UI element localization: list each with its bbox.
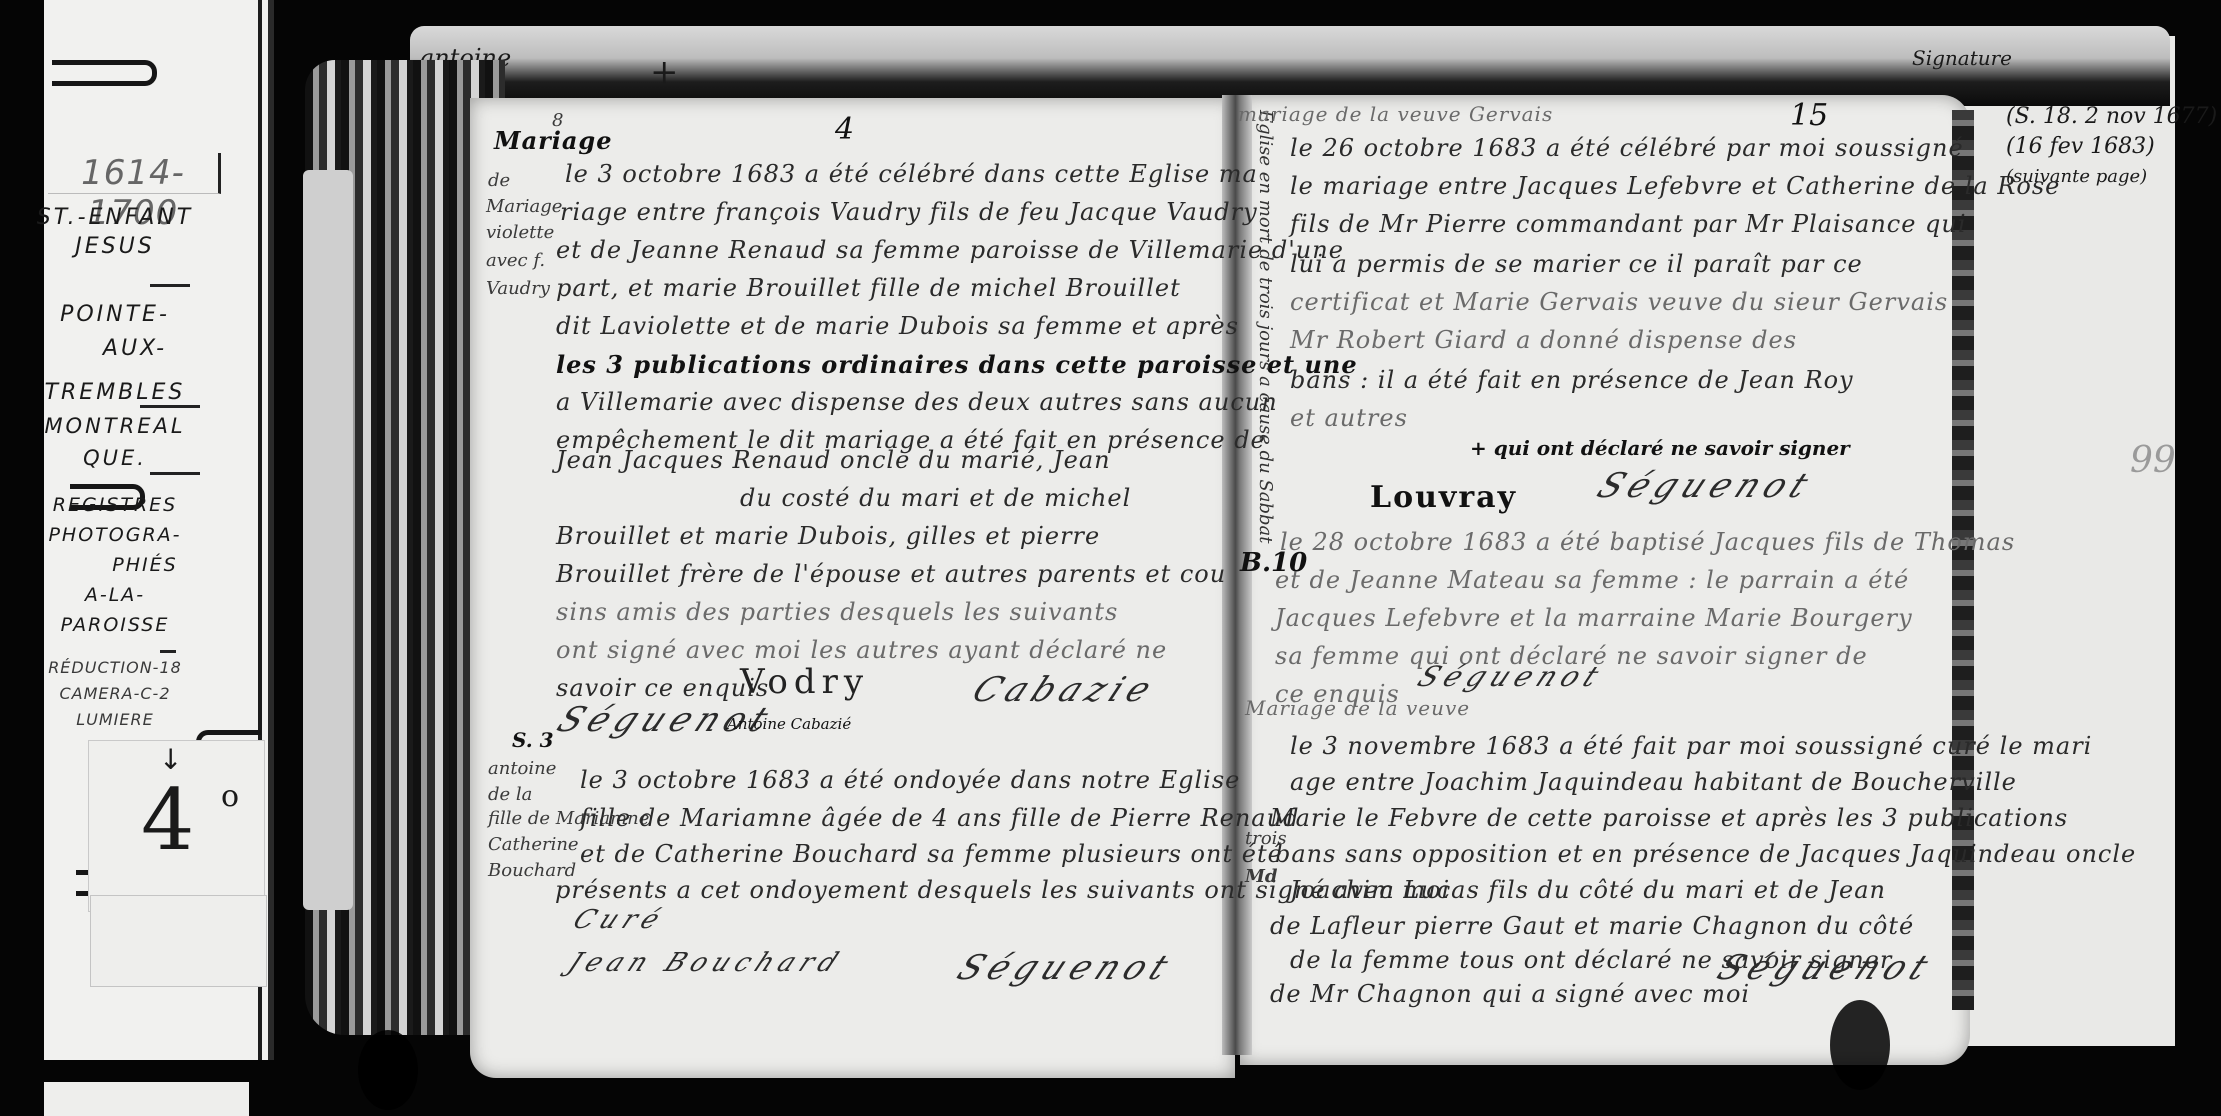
record-line: de Lafleur pierre Gaut et marie Chagnon … xyxy=(1270,912,1914,940)
record-line: Jean Jacques Renaud oncle du marié, Jean xyxy=(556,446,1111,474)
record-line: et de Catherine Bouchard sa femme plusie… xyxy=(580,840,1283,868)
note-line: A-LA- xyxy=(20,580,210,610)
record-line: fils de Mr Pierre commandant par Mr Plai… xyxy=(1290,210,1967,238)
inserted-note: + qui ont déclaré ne savoir signer xyxy=(1470,436,1850,460)
paper-scrap xyxy=(44,1082,249,1116)
city-name: MONTREAL QUE. xyxy=(20,410,210,474)
record-line: a Villemarie avec dispense des deux autr… xyxy=(556,388,1278,416)
witness-name: Antoine Cabazié xyxy=(727,715,851,733)
city-line: QUE. xyxy=(20,442,210,474)
record-line: part, et marie Brouillet fille de michel… xyxy=(556,274,1181,302)
entry-margin: Catherine xyxy=(488,834,579,855)
signature: Séguenot xyxy=(1591,466,1821,506)
divider xyxy=(140,405,200,408)
format-number: 4 xyxy=(141,771,194,869)
paper-clip-icon xyxy=(52,60,157,86)
page-stain xyxy=(358,1030,418,1110)
reduction-line: LUMIERE xyxy=(20,707,210,733)
record-line: et de Jeanne Renaud sa femme paroisse de… xyxy=(556,236,1344,264)
left-heading-number: 8 xyxy=(552,110,563,131)
page-stain xyxy=(1830,1000,1890,1090)
record-line: le 26 octobre 1683 a été célébré par moi… xyxy=(1290,134,1964,162)
back-note: (S. 18. 2 nov 1677) xyxy=(2006,104,2217,129)
record-line: Brouillet frère de l'épouse et autres pa… xyxy=(556,560,1226,588)
entry-margin: Md xyxy=(1245,866,1278,887)
record-line: fille de Mariamne âgée de 4 ans fille de… xyxy=(580,804,1299,832)
note-line: PHIÉS xyxy=(20,550,210,580)
divider xyxy=(160,650,176,653)
entry-margin: antoine xyxy=(488,758,556,779)
record-line: le mariage entre Jacques Lefebvre et Cat… xyxy=(1290,172,2060,200)
vertical-margin-note: Eglise en mort de trois jours a cause du… xyxy=(1255,110,1276,543)
record-line: Jacques Lefebvre et la marraine Marie Bo… xyxy=(1275,604,1913,632)
place-line: POINTE- xyxy=(20,298,210,332)
record-line: Joachim Lucas fils du côté du mari et de… xyxy=(1290,876,1886,904)
loose-flap xyxy=(303,170,353,910)
parish-line: JESUS xyxy=(20,234,210,259)
reduction-line: CAMERA-C-2 xyxy=(20,681,210,707)
reduction-note: RÉDUCTION-18 CAMERA-C-2 LUMIERE xyxy=(20,655,210,733)
divider xyxy=(150,472,200,475)
entry-heading: Mariage de la veuve xyxy=(1245,696,1470,720)
parish-name: ST.-ENFANT JESUS xyxy=(20,205,210,259)
record-line: savoir ce enquis xyxy=(556,674,769,702)
entry-margin: de xyxy=(488,170,510,191)
record-line: et de Jeanne Mateau sa femme : le parrai… xyxy=(1275,566,1909,594)
note-line: PAROISSE xyxy=(20,610,210,640)
record-line: lui a permis de se marier ce il paraît p… xyxy=(1290,250,1863,278)
record-line: le 3 octobre 1683 a été célébré dans cet… xyxy=(565,160,1258,188)
record-line: le 28 octobre 1683 a été baptisé Jacques… xyxy=(1280,528,2015,556)
record-line: certificat et Marie Gervais veuve du sie… xyxy=(1290,288,1948,316)
note-line: PHOTOGRA- xyxy=(20,520,210,550)
signature: Séguenot xyxy=(1711,948,1941,988)
record-line: les 3 publications ordinaires dans cette… xyxy=(556,350,1358,379)
signature: Vodry xyxy=(740,662,869,702)
signature: Cabazie xyxy=(966,670,1164,710)
year-range: 1614-1700 xyxy=(48,153,221,194)
entry-margin: de la xyxy=(488,784,532,805)
note-line: REGISTRES xyxy=(20,490,210,520)
signature: Jean Bouchard xyxy=(563,948,849,978)
record-line: bans : il a été fait en présence de Jean… xyxy=(1290,366,1854,394)
place-line: AUX- xyxy=(20,332,210,366)
record-line: age entre Joachim Jaquindeau habitant de… xyxy=(1290,768,2017,796)
entry-margin: violette xyxy=(486,222,554,243)
place-name: POINTE- AUX- TREMBLES xyxy=(20,298,210,410)
record-line: Marie le Febvre de cette paroisse et apr… xyxy=(1270,804,2068,832)
back-note: Signature xyxy=(1912,46,2012,70)
record-line: Mr Robert Giard a donné dispense des xyxy=(1290,326,1797,354)
right-heading: mariage de la veuve Gervais xyxy=(1238,102,1553,126)
record-line: riage entre françois Vaudry fils de feu … xyxy=(560,198,1258,226)
right-page-number: 15 xyxy=(1790,98,1828,133)
record-line: dit Laviolette et de marie Dubois sa fem… xyxy=(556,312,1239,340)
register-note: REGISTRES PHOTOGRA- PHIÉS A-LA- PAROISSE xyxy=(20,490,210,640)
record-line: bans sans opposition et en présence de J… xyxy=(1275,840,2136,868)
reduction-line: RÉDUCTION-18 xyxy=(20,655,210,681)
record-line: le 3 novembre 1683 a été fait par moi so… xyxy=(1290,732,2092,760)
record-line: Brouillet et marie Dubois, gilles et pie… xyxy=(556,522,1100,550)
entry-number: S. 3 xyxy=(512,728,554,752)
entry-margin: Vaudry xyxy=(486,278,550,299)
signature: Curé xyxy=(568,905,670,935)
record-line: de Mr Chagnon qui a signé avec moi xyxy=(1270,980,1750,1008)
signature: Louvray xyxy=(1370,480,1517,515)
right-page-edge xyxy=(1952,110,1974,1010)
record-line: ont signé avec moi les autres ayant décl… xyxy=(556,636,1167,664)
divider xyxy=(150,284,190,287)
back-note: (16 fev 1683) xyxy=(2006,134,2155,159)
record-line: le 3 octobre 1683 a été ondoyée dans not… xyxy=(580,766,1240,794)
blank-card xyxy=(90,895,267,987)
record-line: sins amis des parties desquels les suiva… xyxy=(556,598,1118,626)
pencil-number: 99 xyxy=(2130,440,2176,481)
signature: Séguenot xyxy=(951,948,1181,988)
entry-margin: Mariage xyxy=(486,196,562,217)
format-card: ↓ 4 o xyxy=(88,740,265,912)
format-suffix: o xyxy=(221,779,239,814)
left-page-number: 4 xyxy=(835,112,854,147)
record-line: et autres xyxy=(1290,404,1408,432)
cross-mark: + xyxy=(650,52,679,92)
parish-line: ST.-ENFANT xyxy=(20,205,210,230)
record-line: du costé du mari et de michel xyxy=(740,484,1131,512)
entry-margin: avec f. xyxy=(486,250,545,271)
signature: Séguenot xyxy=(1412,660,1610,693)
city-line: MONTREAL xyxy=(20,410,210,442)
